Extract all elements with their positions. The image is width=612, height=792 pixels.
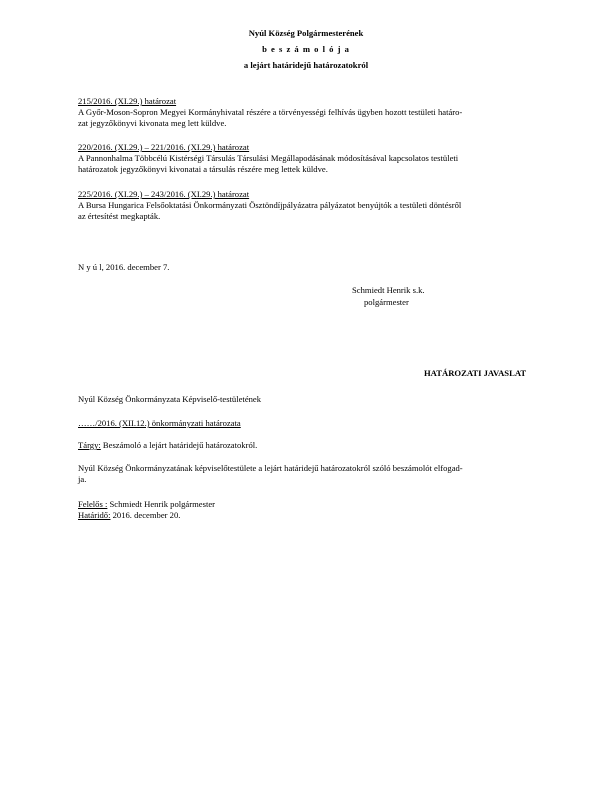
section-text-line: A Győr-Moson-Sopron Megyei Kormányhivata…	[78, 107, 546, 118]
section-title: 225/2016. (XI.29.) – 243/2016. (XI.29.) …	[78, 189, 546, 200]
section-title: 220/2016. (XI.29.) – 221/2016. (XI.29.) …	[78, 142, 546, 153]
header-title: Nyúl Község Polgármesterének	[0, 28, 612, 39]
resolution-number: ……/2016. (XII.12.) önkormányzati határoz…	[78, 418, 241, 429]
section-text-line: A Bursa Hungarica Felsőoktatási Önkormán…	[78, 200, 546, 211]
document-page: Nyúl Község Polgármesterének b e s z á m…	[0, 0, 612, 792]
section-text-line: A Pannonhalma Többcélú Kistérségi Társul…	[78, 153, 546, 164]
section-title: 215/2016. (XI.29.) határozat	[78, 96, 546, 107]
proposal-addressee: Nyúl Község Önkormányzata Képviselő-test…	[78, 394, 261, 405]
section-text-line: zat jegyzőkönyvi kivonata meg lett küldv…	[78, 118, 546, 129]
subject-text: Beszámoló a lejárt határidejű határozato…	[101, 440, 258, 450]
signature-role: polgármester	[364, 297, 409, 308]
signature-name: Schmiedt Henrik s.k.	[352, 285, 425, 296]
section-text-line: az értesítést megkapták.	[78, 211, 546, 222]
proposal-body-line: Nyúl Község Önkormányzatának képviselőte…	[78, 463, 546, 474]
header-topic: a lejárt határidejű határozatokról	[0, 60, 612, 71]
responsible-value: Schmiedt Henrik polgármester	[107, 499, 215, 509]
subject-line: Tárgy: Beszámoló a lejárt határidejű hat…	[78, 440, 257, 451]
subject-label: Tárgy:	[78, 440, 101, 450]
header-subtitle: b e s z á m o l ó j a	[0, 44, 612, 55]
resolution-section-2: 220/2016. (XI.29.) – 221/2016. (XI.29.) …	[78, 142, 546, 175]
responsible-label: Felelős :	[78, 499, 107, 509]
section-text-line: határozatok jegyzőkönyvi kivonatai a tár…	[78, 164, 546, 175]
deadline-label: Határidő:	[78, 510, 110, 520]
deadline-line: Határidő: 2016. december 20.	[78, 510, 180, 521]
resolution-section-1: 215/2016. (XI.29.) határozat A Győr-Moso…	[78, 96, 546, 129]
proposal-heading: HATÁROZATI JAVASLAT	[424, 368, 526, 379]
responsible-line: Felelős : Schmiedt Henrik polgármester	[78, 499, 215, 510]
place-date: N y ú l, 2016. december 7.	[78, 262, 169, 273]
deadline-value: 2016. december 20.	[110, 510, 180, 520]
resolution-section-3: 225/2016. (XI.29.) – 243/2016. (XI.29.) …	[78, 189, 546, 222]
proposal-body-line: ja.	[78, 474, 546, 485]
proposal-body: Nyúl Község Önkormányzatának képviselőte…	[78, 463, 546, 485]
